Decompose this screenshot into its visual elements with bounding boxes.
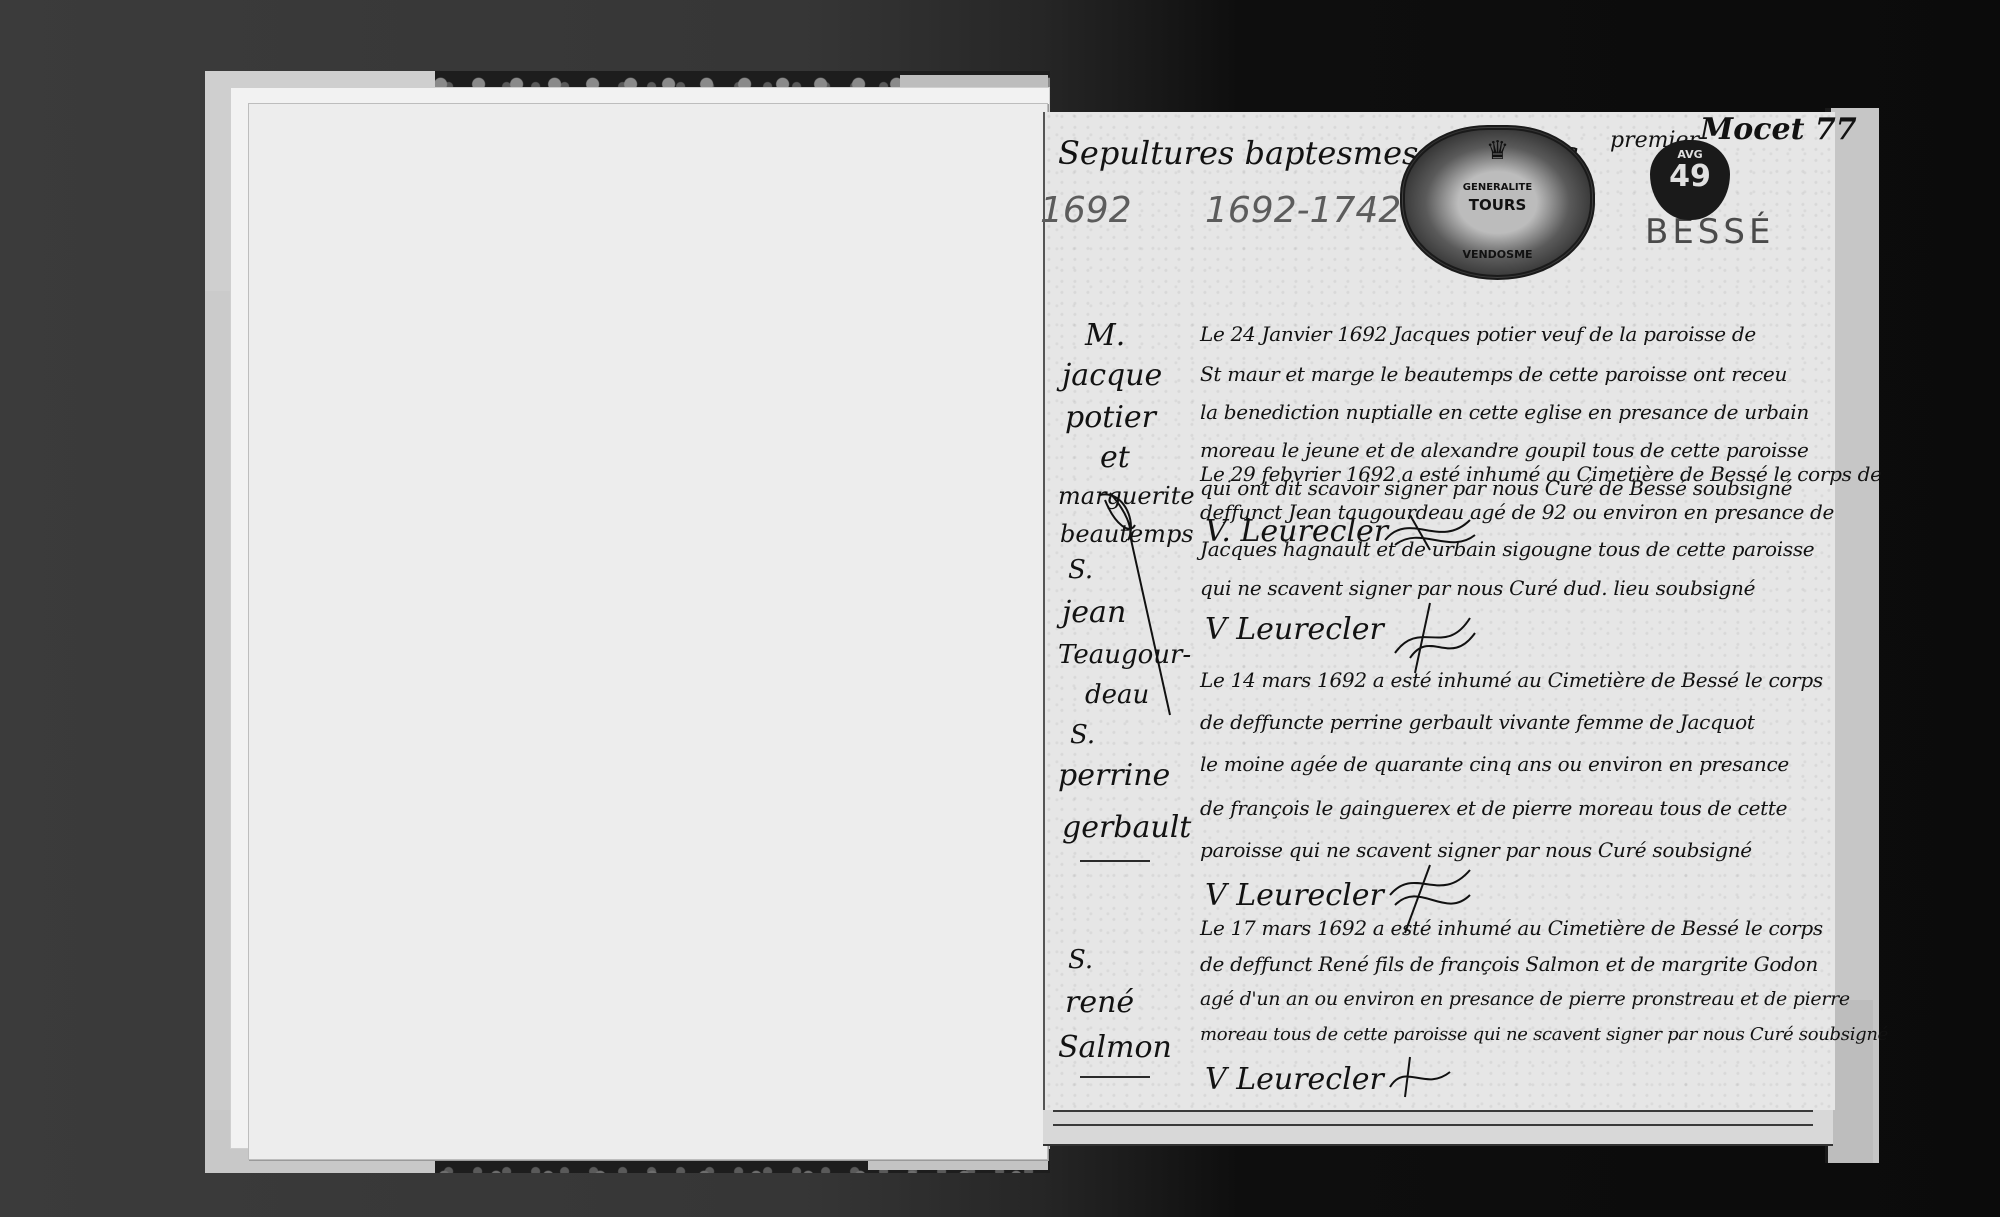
entry-line: de deffuncte perrine gerbault vivante fe… [1200,710,1755,734]
entry-line: Le 14 mars 1692 a esté inhumé au Cimetiè… [1200,668,1823,692]
margin-note: gerbault [1062,810,1191,845]
entry-line: la benediction nuptialle en cette eglise… [1200,400,1809,424]
entry-line: de deffunct René fils de françois Salmon… [1200,952,1818,976]
commune-name: BESSÉ [1645,212,1774,252]
entry-line: Le 29 febvrier 1692 a esté inhumé au Cim… [1200,462,1882,486]
margin-note: S. [1068,945,1093,975]
margin-note: Salmon [1058,1030,1172,1065]
margin-note: S. [1070,720,1095,750]
generality-stamp: ♛ GENERALITE TOURS VENDOSME [1400,125,1595,280]
stamp-text: GENERALITE [1405,182,1590,193]
margin-rule [1080,860,1150,862]
signature: V Leurecler [1205,1062,1384,1097]
entry-line: moreau tous de cette paroisse qui ne sca… [1200,1024,1888,1045]
margin-note: rené [1065,985,1134,1020]
entry-line: Le 17 mars 1692 a esté inhumé au Cimetiè… [1200,916,1823,940]
page-edge-line [1053,1124,1813,1126]
margin-flourish-icon [1090,485,1180,725]
entry-line: le moine agée de quarante cinq ans ou en… [1200,752,1789,776]
page-edge-line [1053,1110,1813,1112]
blank-sheet-inner [248,103,1048,1160]
margin-note: M. [1085,318,1125,353]
signature-flourish-icon [1390,598,1480,678]
stamp-text: VENDOSME [1405,248,1590,261]
date-range: 1692-1742 [1205,190,1401,231]
entry-line: St maur et marge le beautemps de cette p… [1200,362,1787,386]
crown-icon: ♛ [1486,136,1509,166]
margin-note: jacque [1062,358,1162,393]
entry-line: Jacques hagnault et de urbain sigougne t… [1200,537,1814,561]
entry-line: agé d'un an ou environ en presance de pi… [1200,988,1850,1010]
entry-line: qui ne scavent signer par nous Curé dud.… [1200,576,1755,600]
signature-flourish-icon [1385,1052,1455,1102]
stamp-text: 49 [1650,161,1730,193]
stamp-text: TOURS [1405,196,1590,214]
signature: V Leurecler [1205,878,1384,913]
entry-line: moreau le jeune et de alexandre goupil t… [1200,438,1809,462]
entry-line: Le 24 Janvier 1692 Jacques potier veuf d… [1200,322,1756,346]
margin-note: potier [1065,400,1156,435]
entry-line: paroisse qui ne scavent signer par nous … [1200,838,1752,862]
entry-line: de françois le gainguerex et de pierre m… [1200,796,1787,820]
year-margin: 1692 [1040,190,1132,231]
margin-rule [1080,1076,1150,1078]
signature: V Leurecler [1205,612,1384,647]
margin-note: perrine [1058,758,1170,793]
margin-note: et [1100,440,1130,475]
cote-mark: Mocet 77 [1700,112,1857,147]
entry-line: deffunct Jean taugourdeau agé de 92 ou e… [1200,500,1834,524]
